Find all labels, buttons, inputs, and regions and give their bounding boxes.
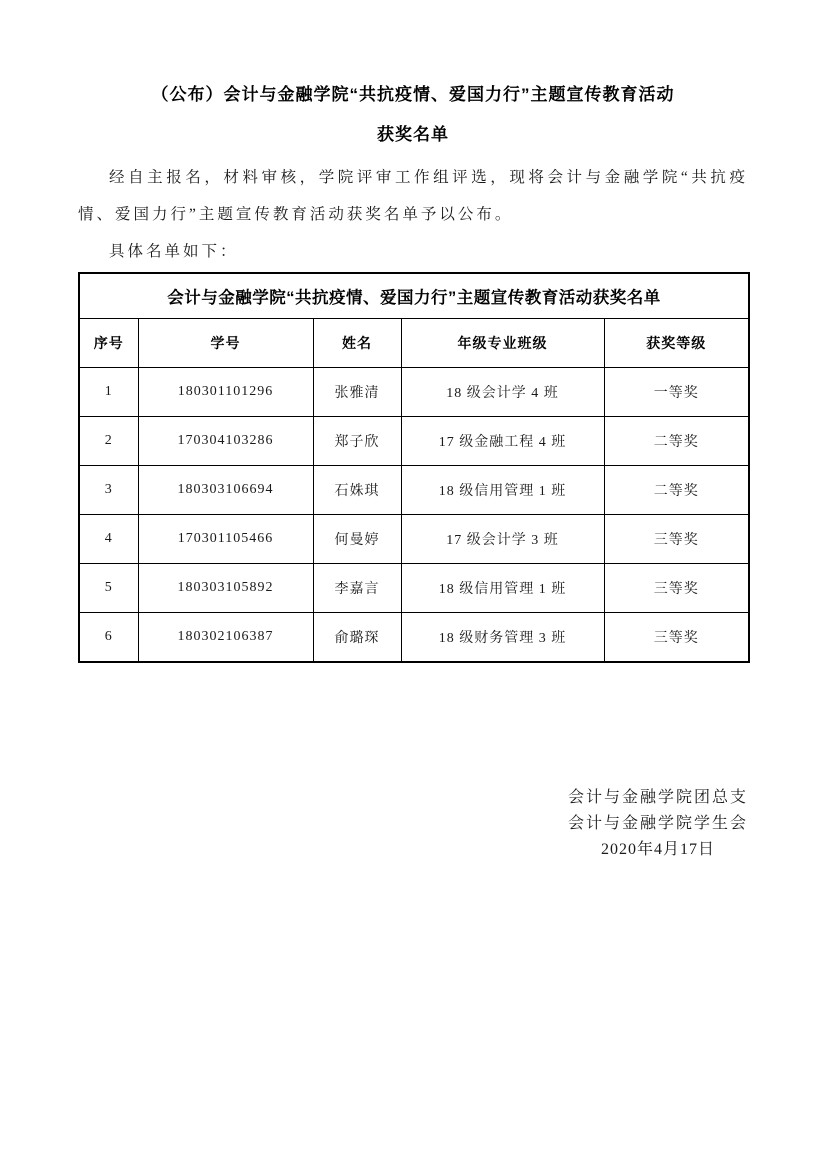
table-cell-col1: 170304103286 bbox=[138, 417, 313, 466]
list-intro-text: 具体名单如下： bbox=[78, 233, 748, 270]
column-header-0: 序号 bbox=[79, 319, 138, 368]
table-cell-col2: 李嘉言 bbox=[313, 564, 401, 613]
column-header-4: 获奖等级 bbox=[604, 319, 749, 368]
table-cell-col4: 三等奖 bbox=[604, 515, 749, 564]
table-row: 3180303106694石姝琪18 级信用管理 1 班二等奖 bbox=[79, 466, 749, 515]
table-title: 会计与金融学院“共抗疫情、爱国力行”主题宣传教育活动获奖名单 bbox=[79, 273, 749, 319]
table-cell-col0: 3 bbox=[79, 466, 138, 515]
signature-org-line1: 会计与金融学院团总支 bbox=[568, 785, 748, 811]
table-cell-col2: 张雅清 bbox=[313, 368, 401, 417]
table-cell-col0: 5 bbox=[79, 564, 138, 613]
table-row: 6180302106387俞璐琛18 级财务管理 3 班三等奖 bbox=[79, 613, 749, 663]
table-cell-col3: 18 级会计学 4 班 bbox=[401, 368, 604, 417]
table-cell-col0: 4 bbox=[79, 515, 138, 564]
table-cell-col2: 郑子欣 bbox=[313, 417, 401, 466]
table-cell-col4: 三等奖 bbox=[604, 613, 749, 663]
table-cell-col1: 170301105466 bbox=[138, 515, 313, 564]
column-header-2: 姓名 bbox=[313, 319, 401, 368]
table-cell-col0: 1 bbox=[79, 368, 138, 417]
document-title-line2: 获奖名单 bbox=[377, 125, 449, 144]
table-cell-col2: 何曼婷 bbox=[313, 515, 401, 564]
document-page: （公布）会计与金融学院“共抗疫情、爱国力行”主题宣传教育活动 获奖名单 经自主报… bbox=[0, 0, 827, 1169]
table-row: 4170301105466何曼婷17 级会计学 3 班三等奖 bbox=[79, 515, 749, 564]
table-cell-col3: 17 级会计学 3 班 bbox=[401, 515, 604, 564]
signature-date: 2020年4月17日 bbox=[568, 837, 748, 863]
column-header-1: 学号 bbox=[138, 319, 313, 368]
table-cell-col3: 18 级信用管理 1 班 bbox=[401, 466, 604, 515]
table-row: 2170304103286郑子欣17 级金融工程 4 班二等奖 bbox=[79, 417, 749, 466]
table-cell-col1: 180303106694 bbox=[138, 466, 313, 515]
table-row: 1180301101296张雅清18 级会计学 4 班一等奖 bbox=[79, 368, 749, 417]
table-cell-col4: 二等奖 bbox=[604, 417, 749, 466]
table-row: 5180303105892李嘉言18 级信用管理 1 班三等奖 bbox=[79, 564, 749, 613]
document-content: （公布）会计与金融学院“共抗疫情、爱国力行”主题宣传教育活动 获奖名单 经自主报… bbox=[78, 0, 748, 863]
table-cell-col4: 一等奖 bbox=[604, 368, 749, 417]
table-cell-col4: 三等奖 bbox=[604, 564, 749, 613]
table-cell-col0: 6 bbox=[79, 613, 138, 663]
signature-org-line2: 会计与金融学院学生会 bbox=[568, 811, 748, 837]
table-cell-col1: 180301101296 bbox=[138, 368, 313, 417]
table-cell-col2: 俞璐琛 bbox=[313, 613, 401, 663]
column-header-3: 年级专业班级 bbox=[401, 319, 604, 368]
table-cell-col3: 17 级金融工程 4 班 bbox=[401, 417, 604, 466]
table-cell-col3: 18 级财务管理 3 班 bbox=[401, 613, 604, 663]
table-cell-col2: 石姝琪 bbox=[313, 466, 401, 515]
document-title-line1: （公布）会计与金融学院“共抗疫情、爱国力行”主题宣传教育活动 bbox=[152, 85, 675, 104]
table-body: 1180301101296张雅清18 级会计学 4 班一等奖2170304103… bbox=[79, 368, 749, 663]
table-cell-col4: 二等奖 bbox=[604, 466, 749, 515]
announcement-paragraph: 经自主报名，材料审核，学院评审工作组评选，现将会计与金融学院“共抗疫情、爱国力行… bbox=[78, 159, 748, 233]
table-header-row: 序号学号姓名年级专业班级获奖等级 bbox=[79, 319, 749, 368]
document-title: （公布）会计与金融学院“共抗疫情、爱国力行”主题宣传教育活动 获奖名单 bbox=[78, 75, 748, 155]
signature-block: 会计与金融学院团总支 会计与金融学院学生会 2020年4月17日 bbox=[568, 785, 748, 863]
table-title-row: 会计与金融学院“共抗疫情、爱国力行”主题宣传教育活动获奖名单 bbox=[79, 273, 749, 319]
signature-area: 会计与金融学院团总支 会计与金融学院学生会 2020年4月17日 bbox=[78, 785, 748, 863]
award-table: 会计与金融学院“共抗疫情、爱国力行”主题宣传教育活动获奖名单 序号学号姓名年级专… bbox=[78, 272, 750, 663]
table-cell-col1: 180303105892 bbox=[138, 564, 313, 613]
table-cell-col3: 18 级信用管理 1 班 bbox=[401, 564, 604, 613]
table-cell-col0: 2 bbox=[79, 417, 138, 466]
table-cell-col1: 180302106387 bbox=[138, 613, 313, 663]
